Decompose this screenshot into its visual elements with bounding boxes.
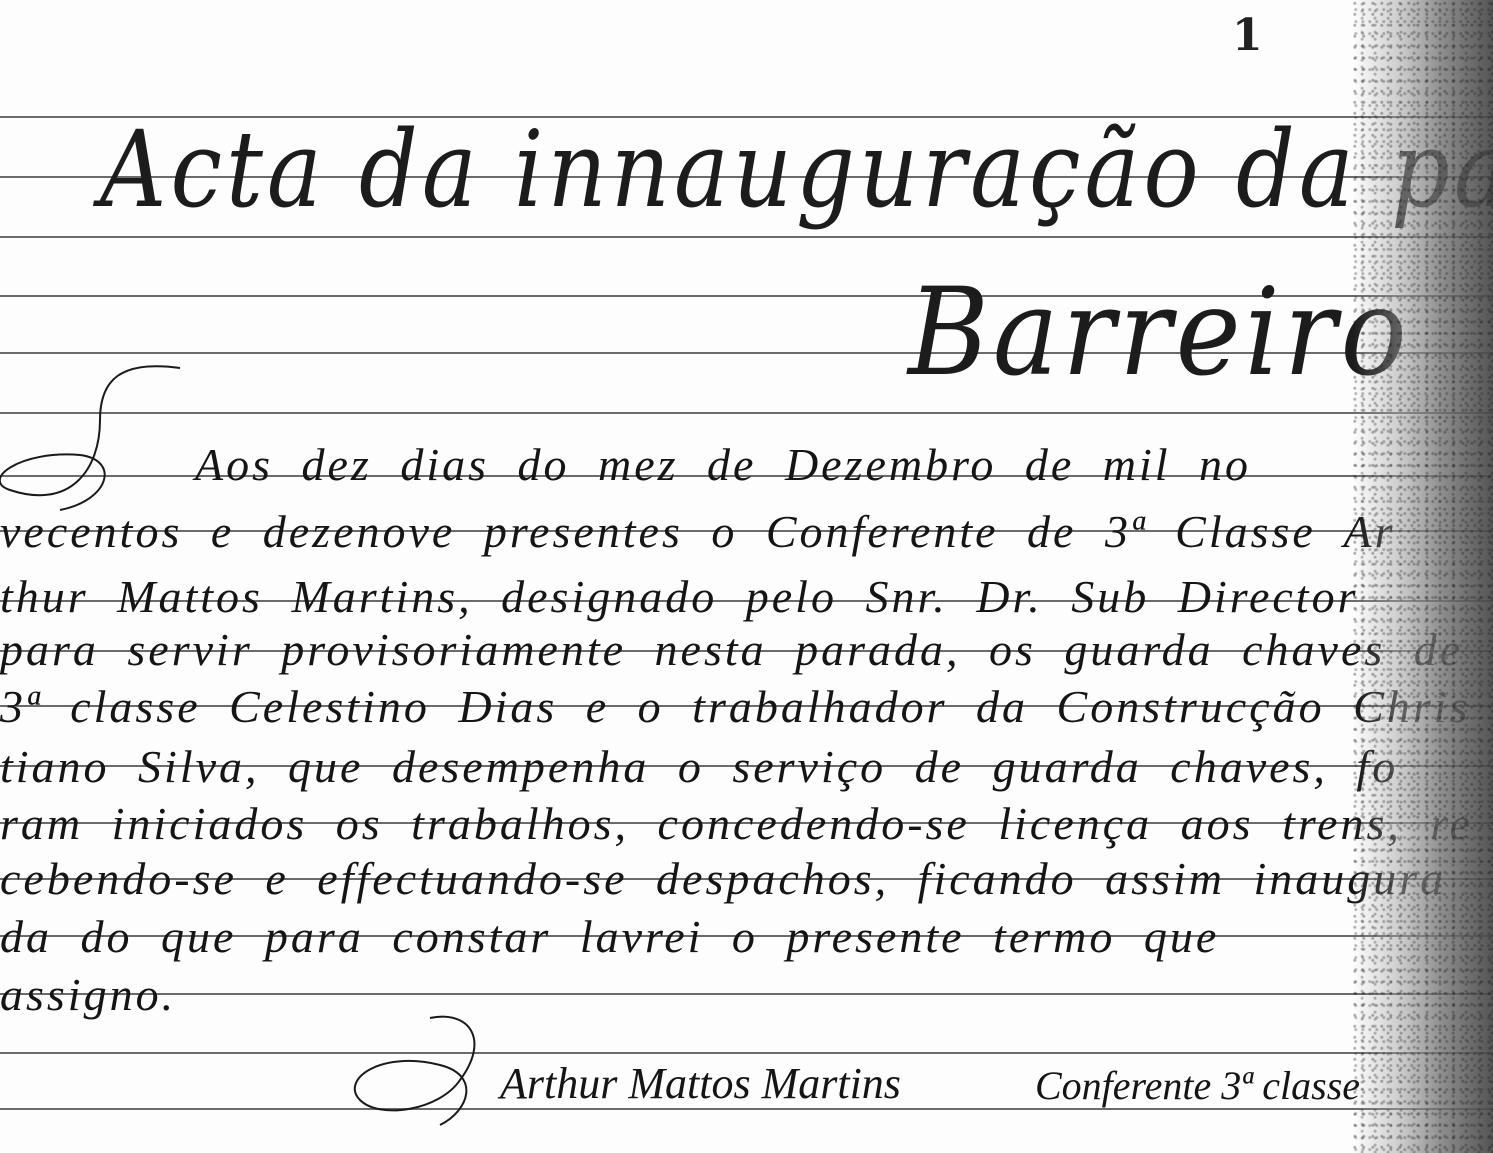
body-line: tiano Silva, que desempenha o serviço de…: [0, 740, 1398, 793]
body-line: para servir provisoriamente nesta parada…: [0, 623, 1463, 676]
body-line: ram iniciados os trabalhos, concedendo-s…: [0, 797, 1473, 850]
document-title-line-2: Barreiro: [908, 262, 1411, 403]
body-line: Aos dez dias do mez de Dezembro de mil n…: [195, 438, 1251, 491]
scanned-document-page: 1 Acta da innauguração da parada de Barr…: [0, 0, 1493, 1153]
body-line: cebendo-se e effectuando-se despachos, f…: [0, 852, 1446, 905]
body-line: assigno.: [0, 968, 176, 1021]
page-number: 1: [1232, 10, 1263, 61]
body-line: vecentos e dezenove presentes o Conferen…: [0, 505, 1396, 558]
body-line: da do que para constar lavrei o presente…: [0, 910, 1219, 963]
ruled-line: [0, 993, 1493, 995]
document-title-line-1: Acta da innauguração da parada de: [100, 108, 1493, 231]
ruled-line: [0, 412, 1493, 414]
body-line: 3ª classe Celestino Dias e o trabalhador…: [0, 680, 1470, 733]
signature-role: Conferente 3ª classe: [1035, 1062, 1360, 1109]
signature-name: Arthur Mattos Martins: [500, 1058, 901, 1109]
signature-flourish-icon: [320, 1010, 520, 1130]
body-line: thur Mattos Martins, designado pelo Snr.…: [0, 570, 1358, 623]
ruled-line: [0, 236, 1493, 238]
ruled-line: [0, 1052, 1493, 1054]
